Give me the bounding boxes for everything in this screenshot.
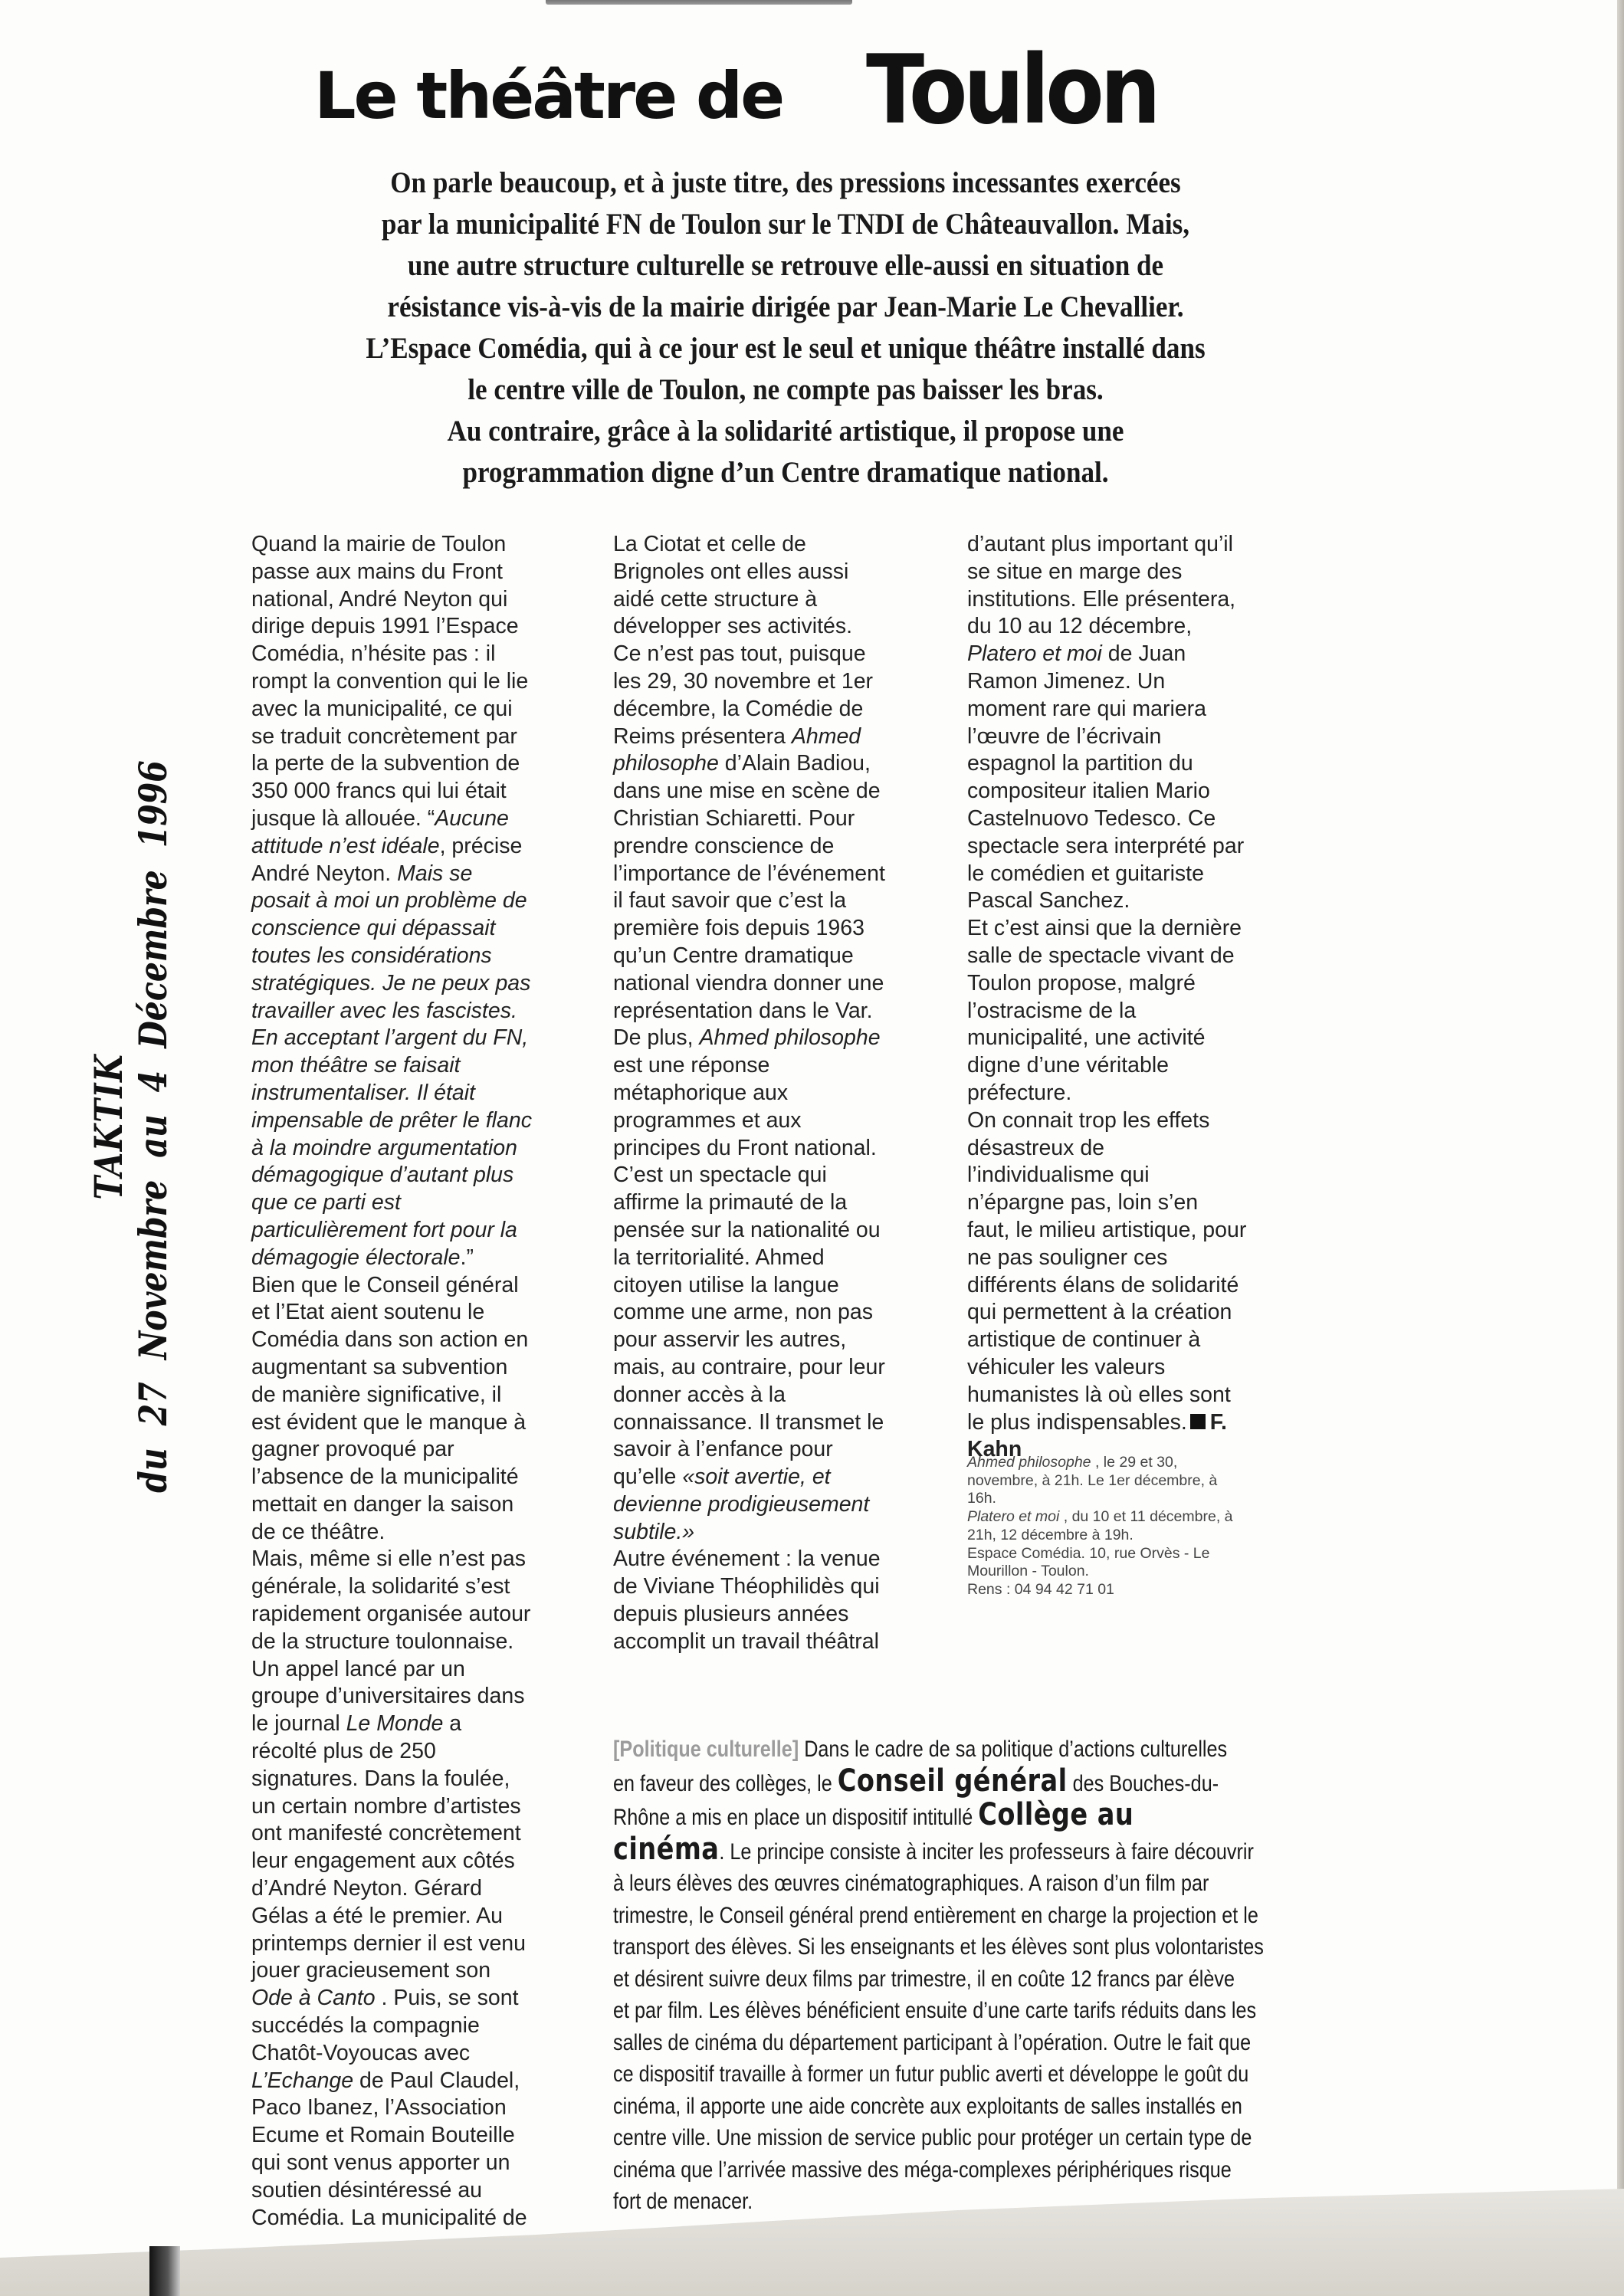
standfirst-line: Au contraire, grâce à la solidarité arti… bbox=[307, 411, 1265, 452]
text-line: [Politique culturelle] Dans le cadre de … bbox=[613, 1733, 1166, 1766]
text-line: ce dispositif travaille à former un futu… bbox=[613, 2058, 1166, 2091]
text-line: rompt la convention qui le lie bbox=[251, 668, 589, 696]
text-line: salles de cinéma du département particip… bbox=[613, 2027, 1166, 2059]
quote-line: mon théâtre se faisait bbox=[251, 1052, 589, 1080]
text-line: national, André Neyton qui bbox=[251, 586, 589, 614]
play-title: Ahmed bbox=[792, 724, 861, 749]
text-run: .” bbox=[461, 1245, 474, 1270]
text-line: se traduit concrètement par bbox=[251, 723, 589, 751]
text-line: cinéma que l’arrivée massive des méga-co… bbox=[613, 2154, 1166, 2186]
text-run: Reims présentera bbox=[613, 724, 792, 749]
text-line: national viendra donner une bbox=[613, 970, 935, 998]
text-line: augmentant sa subvention bbox=[251, 1354, 589, 1382]
text-line: institutions. Elle présentera, bbox=[967, 586, 1289, 614]
text-line: Comédia. La municipalité de bbox=[251, 2205, 589, 2232]
masthead: TAKTIK du 27 Novembre au 4 Décembre 1996 bbox=[86, 674, 178, 1579]
text-line: mettait en danger la saison bbox=[251, 1491, 589, 1519]
text-run: d’Alain Badiou, bbox=[719, 751, 871, 776]
text-line: rapidement organisée autour bbox=[251, 1601, 589, 1629]
text-run: de Juan bbox=[1102, 641, 1186, 666]
info-line: 16h. bbox=[967, 1490, 1297, 1508]
text-line: Ode à Canto . Puis, se sont bbox=[251, 1985, 589, 2012]
standfirst-line: On parle beaucoup, et à juste titre, des… bbox=[307, 162, 1265, 204]
text-line: prendre conscience de bbox=[613, 833, 935, 861]
venue-address: Mourillon - Toulon. bbox=[967, 1563, 1297, 1581]
quote-line: posait à moi un problème de bbox=[251, 887, 589, 915]
text-line: métaphorique aux bbox=[613, 1080, 935, 1107]
text-line: On connait trop les effets bbox=[967, 1107, 1289, 1135]
text-line: printemps dernier il est venu bbox=[251, 1930, 589, 1958]
text-line: Rhône a mis en place un dispositif intit… bbox=[613, 1799, 1166, 1834]
text-line: désastreux de bbox=[967, 1135, 1289, 1163]
text-line: mais, au contraire, pour leur bbox=[613, 1354, 935, 1382]
text-line: et désirent suivre deux films par trimes… bbox=[613, 1963, 1166, 1996]
text-line: il faut savoir que c’est la bbox=[613, 887, 935, 915]
text-line: du 10 au 12 décembre, bbox=[967, 613, 1289, 641]
end-mark-icon bbox=[1190, 1414, 1206, 1429]
text-run: de Paul Claudel, bbox=[353, 2068, 520, 2093]
standfirst-line: L’Espace Comédia, qui à ce jour est le s… bbox=[307, 328, 1265, 369]
text-run: jusque là allouée. “ bbox=[251, 806, 435, 831]
show-dates: , du 10 et 11 décembre, à bbox=[1059, 1508, 1232, 1525]
text-line: Un appel lancé par un bbox=[251, 1656, 589, 1684]
headline-part2: Toulon bbox=[866, 35, 1156, 146]
text-line: Reims présentera Ahmed bbox=[613, 723, 935, 751]
text-line: aidé cette structure à bbox=[613, 586, 935, 614]
info-line: 21h, 12 décembre à 19h. bbox=[967, 1527, 1297, 1545]
text-line: pour asservir les autres, bbox=[613, 1327, 935, 1354]
text-line: qui sont venus apporter un bbox=[251, 2150, 589, 2177]
text-line: salle de spectacle vivant de bbox=[967, 943, 1289, 970]
publication-name: TAKTIK bbox=[86, 756, 131, 1497]
text-line: jouer gracieusement son bbox=[251, 1957, 589, 1985]
text-line: l’ostracisme de la bbox=[967, 998, 1289, 1025]
text-run: Rhône a mis en place un dispositif intit… bbox=[613, 1805, 978, 1830]
quote-line: démagogique d’autant plus bbox=[251, 1162, 589, 1189]
text-line: trimestre, le Conseil général prend enti… bbox=[613, 1900, 1166, 1932]
text-line: l’importance de l’événement bbox=[613, 861, 935, 888]
quote-line: particulièrement fort pour la bbox=[251, 1217, 589, 1245]
text-run: des Bouches-du- bbox=[1068, 1771, 1219, 1796]
text-run: le plus indispensables. bbox=[967, 1410, 1187, 1435]
show-title: Ahmed philosophe bbox=[967, 1454, 1091, 1471]
text-line: décembre, la Comédie de bbox=[613, 696, 935, 723]
text-line: dans une mise en scène de bbox=[613, 778, 935, 805]
text-line: qu’un Centre dramatique bbox=[613, 943, 935, 970]
text-line: démagogie électorale.” bbox=[251, 1245, 589, 1272]
text-line: humanistes là où elles sont bbox=[967, 1382, 1289, 1409]
text-line: de la structure toulonnaise. bbox=[251, 1629, 589, 1656]
quote-line: instrumentaliser. Il était bbox=[251, 1080, 589, 1107]
headline: Le théâtre de Toulon bbox=[314, 40, 1242, 132]
text-line: André Neyton. Mais se bbox=[251, 861, 589, 888]
play-title: L’Echange bbox=[251, 2068, 353, 2093]
text-line: l’absence de la municipalité bbox=[251, 1464, 589, 1491]
text-line: ne pas souligner ces bbox=[967, 1245, 1289, 1272]
text-line: n’épargne pas, loin s’en bbox=[967, 1189, 1289, 1217]
text-line: de Viviane Théophilidès qui bbox=[613, 1573, 935, 1601]
text-line: Ecume et Romain Bouteille bbox=[251, 2122, 589, 2150]
text-line: jusque là allouée. “Aucune bbox=[251, 805, 589, 833]
emphasis: Collège au bbox=[978, 1797, 1134, 1832]
standfirst-line: par la municipalité FN de Toulon sur le … bbox=[307, 204, 1265, 245]
text-line: le journal Le Monde a bbox=[251, 1711, 589, 1738]
text-line: La Ciotat et celle de bbox=[613, 531, 935, 559]
standfirst-line: le centre ville de Toulon, ne compte pas… bbox=[307, 369, 1265, 411]
text-line: pensée sur la nationalité ou bbox=[613, 1217, 935, 1245]
standfirst: On parle beaucoup, et à juste titre, des… bbox=[253, 162, 1318, 494]
quote-line: à la moindre argumentation bbox=[251, 1135, 589, 1163]
text-line: Castelnuovo Tedesco. Ce bbox=[967, 805, 1289, 833]
text-line: municipalité, une activité bbox=[967, 1025, 1289, 1052]
text-line: passe aux mains du Front bbox=[251, 559, 589, 586]
quote-line: travailler avec les fascistes. bbox=[251, 998, 589, 1025]
text-line: succédés la compagnie bbox=[251, 2012, 589, 2040]
emphasis: Conseil général bbox=[838, 1763, 1068, 1799]
text-line: les 29, 30 novembre et 1er bbox=[613, 668, 935, 696]
text-line: Et c’est ainsi que la dernière bbox=[967, 915, 1289, 943]
text-line: 350 000 francs qui lui était bbox=[251, 778, 589, 805]
text-line: cinéma. Le principe consiste à inciter l… bbox=[613, 1834, 1166, 1868]
text-line: d’André Neyton. Gérard bbox=[251, 1875, 589, 1903]
text-run: De plus, bbox=[613, 1025, 699, 1050]
text-line: compositeur italien Mario bbox=[967, 778, 1289, 805]
text-run: le journal bbox=[251, 1711, 346, 1736]
standfirst-line: résistance vis-à-vis de la mairie dirigé… bbox=[307, 287, 1265, 328]
text-line: Comédia, n’hésite pas : il bbox=[251, 641, 589, 668]
text-line: Toulon propose, malgré bbox=[967, 970, 1289, 998]
text-line: Autre événement : la venue bbox=[613, 1546, 935, 1573]
text-line: est évident que le manque à bbox=[251, 1409, 589, 1437]
text-line: groupe d’universitaires dans bbox=[251, 1683, 589, 1711]
text-line: la territorialité. Ahmed bbox=[613, 1245, 935, 1272]
text-line: fort de menacer. bbox=[613, 2186, 1166, 2218]
sidebar-brief: [Politique culturelle] Dans le cadre de … bbox=[613, 1733, 1272, 2218]
quote-line: subtile.» bbox=[613, 1519, 935, 1547]
text-line: Pascal Sanchez. bbox=[967, 887, 1289, 915]
text-line: développer ses activités. bbox=[613, 613, 935, 641]
text-line: ont manifesté concrètement bbox=[251, 1820, 589, 1848]
article-column-1: Quand la mairie de Toulon passe aux main… bbox=[251, 531, 589, 2232]
text-line: générale, la solidarité s’est bbox=[251, 1573, 589, 1601]
text-line: De plus, Ahmed philosophe bbox=[613, 1025, 935, 1052]
quote-line: toutes les considérations bbox=[251, 943, 589, 970]
author-signature: F. bbox=[1210, 1410, 1227, 1435]
venue-phone: Rens : 04 94 42 71 01 bbox=[967, 1581, 1297, 1599]
text-line: première fois depuis 1963 bbox=[613, 915, 935, 943]
text-line: de manière significative, il bbox=[251, 1382, 589, 1409]
quote-line: que ce parti est bbox=[251, 1189, 589, 1217]
text-line: programmes et aux bbox=[613, 1107, 935, 1135]
text-line: le plus indispensables.F. bbox=[967, 1409, 1289, 1437]
info-line: novembre, à 21h. Le 1er décembre, à bbox=[967, 1472, 1297, 1491]
text-line: l’œuvre de l’écrivain bbox=[967, 723, 1289, 751]
text-line: digne d’une véritable bbox=[967, 1052, 1289, 1080]
text-line: le comédien et guitariste bbox=[967, 861, 1289, 888]
rubric-label: [Politique culturelle] bbox=[613, 1737, 799, 1762]
text-line: Comédia dans son action en bbox=[251, 1327, 589, 1354]
standfirst-line: programmation digne d’un Centre dramatiq… bbox=[307, 452, 1265, 494]
text-line: Mais, même si elle n’est pas bbox=[251, 1546, 589, 1573]
text-line: avec la municipalité, ce qui bbox=[251, 696, 589, 723]
text-line: Christian Schiaretti. Pour bbox=[613, 805, 935, 833]
play-title: Ahmed philosophe bbox=[699, 1025, 880, 1050]
quote-italic: «soit avertie, et bbox=[682, 1465, 830, 1489]
standfirst-line: une autre structure culturelle se retrou… bbox=[307, 245, 1265, 287]
play-title: philosophe bbox=[613, 751, 719, 776]
text-line: espagnol la partition du bbox=[967, 750, 1289, 778]
text-line: Ramon Jimenez. Un bbox=[967, 668, 1289, 696]
text-run: . Puis, se sont bbox=[376, 1986, 519, 2010]
text-line: donner accès à la bbox=[613, 1382, 935, 1409]
text-line: cinéma, il apporte une aide concrète aux… bbox=[613, 2091, 1166, 2123]
text-line: Paco Ibanez, l’Association bbox=[251, 2094, 589, 2122]
text-line: qu’elle «soit avertie, et bbox=[613, 1464, 935, 1491]
text-line: attitude n’est idéale, précise bbox=[251, 833, 589, 861]
text-line: centre ville. Une mission de service pub… bbox=[613, 2122, 1166, 2154]
text-line: d’autant plus important qu’il bbox=[967, 531, 1289, 559]
text-line: véhiculer les valeurs bbox=[967, 1354, 1289, 1382]
text-line: spectacle sera interprété par bbox=[967, 833, 1289, 861]
scan-right-edge bbox=[1617, 0, 1624, 2199]
text-line: artistique de continuer à bbox=[967, 1327, 1289, 1354]
text-line: est une réponse bbox=[613, 1052, 935, 1080]
text-line: un certain nombre d’artistes bbox=[251, 1793, 589, 1821]
article-column-2: La Ciotat et celle de Brignoles ont elle… bbox=[613, 531, 935, 1656]
play-title: Platero et moi bbox=[967, 641, 1102, 666]
text-line: transport des élèves. Si les enseignants… bbox=[613, 1931, 1166, 1963]
text-line: et l’Etat aient soutenu le bbox=[251, 1299, 589, 1327]
text-run: , précise bbox=[440, 834, 523, 858]
text-line: depuis plusieurs années bbox=[613, 1601, 935, 1629]
text-line: représentation dans le Var. bbox=[613, 998, 935, 1025]
quote-line: devienne prodigieusement bbox=[613, 1491, 935, 1519]
text-run: Dans le cadre de sa politique d’actions … bbox=[799, 1737, 1227, 1762]
text-line: se situe en marge des bbox=[967, 559, 1289, 586]
text-line: Ce n’est pas tout, puisque bbox=[613, 641, 935, 668]
scan-bottom-shadow bbox=[149, 2246, 180, 2296]
text-line: citoyen utilise la langue bbox=[613, 1272, 935, 1300]
text-line: Quand la mairie de Toulon bbox=[251, 531, 589, 559]
text-line: gagner provoqué par bbox=[251, 1436, 589, 1464]
text-line: la perte de la subvention de bbox=[251, 750, 589, 778]
text-line: signatures. Dans la foulée, bbox=[251, 1766, 589, 1793]
text-line: principes du Front national. bbox=[613, 1135, 935, 1163]
text-line: philosophe d’Alain Badiou, bbox=[613, 750, 935, 778]
text-line: L’Echange de Paul Claudel, bbox=[251, 2068, 589, 2095]
quote-line: stratégiques. Je ne peux pas bbox=[251, 970, 589, 998]
quote-line: impensable de prêter le flanc bbox=[251, 1107, 589, 1135]
venue-address: Espace Comédia. 10, rue Orvès - Le bbox=[967, 1545, 1297, 1563]
text-line: accomplit un travail théâtral bbox=[613, 1629, 935, 1656]
text-line: comme une arme, non pas bbox=[613, 1299, 935, 1327]
text-line: et par film. Les élèves bénéficient ensu… bbox=[613, 1995, 1166, 2027]
text-line: C’est un spectacle qui bbox=[613, 1162, 935, 1189]
publication-dates: du 27 Novembre au 4 Décembre 1996 bbox=[130, 756, 176, 1497]
text-line: qui permettent à la création bbox=[967, 1299, 1289, 1327]
text-line: Platero et moi de Juan bbox=[967, 641, 1289, 668]
text-line: Gélas a été le premier. Au bbox=[251, 1903, 589, 1930]
text-line: l’individualisme qui bbox=[967, 1162, 1289, 1189]
text-run: a bbox=[443, 1711, 461, 1736]
text-line: à leurs élèves des œuvres cinématographi… bbox=[613, 1868, 1166, 1900]
info-line: Platero et moi , du 10 et 11 décembre, à bbox=[967, 1508, 1297, 1527]
show-dates: , le 29 et 30, bbox=[1091, 1454, 1178, 1471]
text-run: qu’elle bbox=[613, 1465, 682, 1489]
text-line: en faveur des collèges, le Conseil génér… bbox=[613, 1766, 1166, 1800]
quote-italic: démagogie électorale bbox=[251, 1245, 461, 1270]
practical-info: Ahmed philosophe , le 29 et 30, novembre… bbox=[967, 1454, 1297, 1599]
text-line: soutien désintéressé au bbox=[251, 2177, 589, 2205]
quote-line: En acceptant l’argent du FN, bbox=[251, 1025, 589, 1052]
text-line: faut, le milieu artistique, pour bbox=[967, 1217, 1289, 1245]
scan-top-edge bbox=[546, 0, 852, 5]
text-line: dirige depuis 1991 l’Espace bbox=[251, 613, 589, 641]
quote-italic: Mais se bbox=[397, 861, 472, 886]
emphasis: cinéma bbox=[613, 1832, 719, 1867]
text-line: leur engagement aux côtés bbox=[251, 1848, 589, 1875]
article-column-3: d’autant plus important qu’il se situe e… bbox=[967, 531, 1289, 1464]
text-line: Bien que le Conseil général bbox=[251, 1272, 589, 1300]
text-line: Brignoles ont elles aussi bbox=[613, 559, 935, 586]
quote-italic: Aucune bbox=[435, 806, 509, 831]
text-line: différents élans de solidarité bbox=[967, 1272, 1289, 1300]
play-title: Ode à Canto bbox=[251, 1986, 376, 2010]
text-run: . Le principe consiste à inciter les pro… bbox=[719, 1839, 1254, 1865]
text-line: préfecture. bbox=[967, 1080, 1289, 1107]
newspaper-title: Le Monde bbox=[346, 1711, 444, 1736]
text-line: récolté plus de 250 bbox=[251, 1738, 589, 1766]
text-line: Chatôt-Voyoucas avec bbox=[251, 2040, 589, 2068]
text-line: de ce théâtre. bbox=[251, 1519, 589, 1547]
info-line: Ahmed philosophe , le 29 et 30, bbox=[967, 1454, 1297, 1472]
text-line: savoir à l’enfance pour bbox=[613, 1436, 935, 1464]
text-run: André Neyton. bbox=[251, 861, 397, 886]
headline-part1: Le théâtre de bbox=[314, 58, 782, 133]
show-title: Platero et moi bbox=[967, 1508, 1059, 1525]
quote-line: conscience qui dépassait bbox=[251, 915, 589, 943]
text-line: connaissance. Il transmet le bbox=[613, 1409, 935, 1437]
quote-italic: attitude n’est idéale bbox=[251, 834, 440, 858]
text-line: affirme la primauté de la bbox=[613, 1189, 935, 1217]
text-run: en faveur des collèges, le bbox=[613, 1771, 838, 1796]
text-line: moment rare qui mariera bbox=[967, 696, 1289, 723]
